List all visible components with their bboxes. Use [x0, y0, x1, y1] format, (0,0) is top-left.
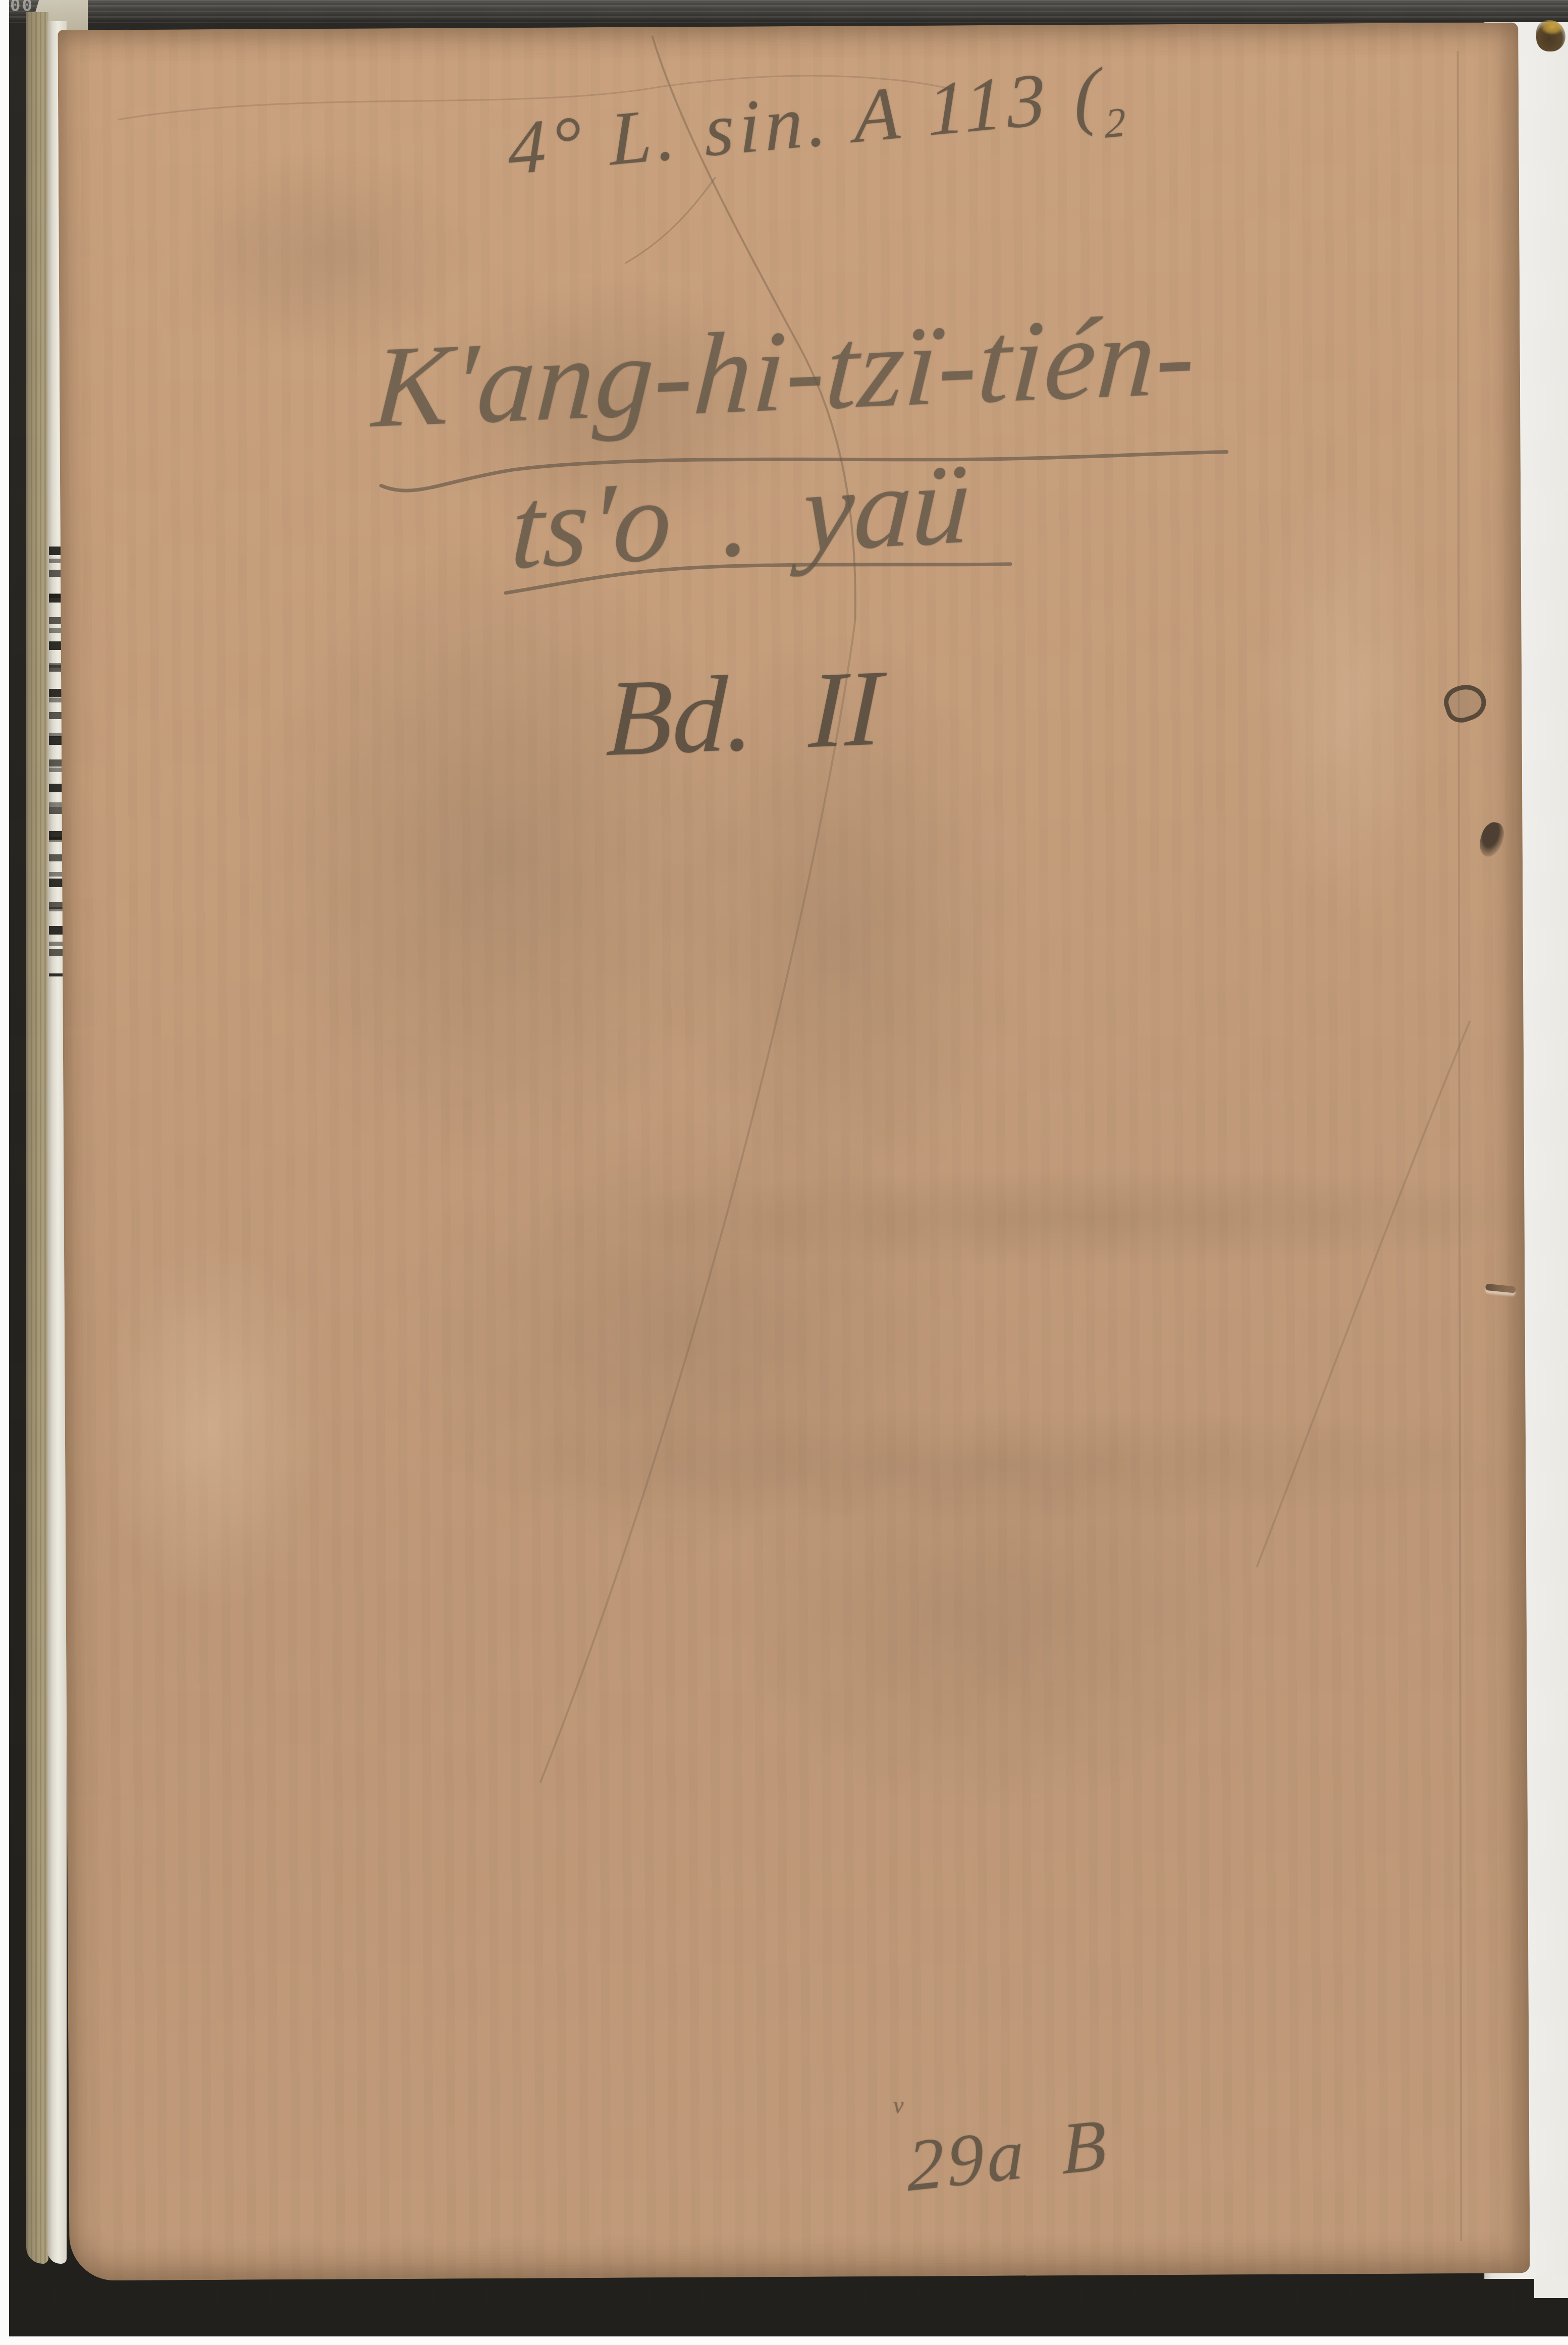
corner-stain: [1536, 20, 1565, 51]
top-edge-bar: [9, 0, 1568, 23]
volume-label: Bd. II: [605, 653, 883, 773]
title-line-2: ts'o . yaü: [509, 444, 973, 587]
title-line-1: K'ang-hi-tzï-tién-: [370, 296, 1200, 446]
scan-counter-text: 00: [10, 0, 34, 16]
page-stack-edge-strip: [26, 12, 48, 2264]
crease-long-lower: [534, 620, 861, 1782]
book-cover: 4° L. sin. A 113 (2 K'ang-hi-tzï-tién- t…: [58, 22, 1530, 2280]
shelfmark-subscript: 2: [1104, 98, 1131, 147]
book-cover-scan: 00 4° L. sin. A 113 (2 K'ang-hi-tzï-tién…: [0, 0, 1568, 2345]
page-edge-notch: [1534, 2277, 1568, 2298]
crease-branch: [625, 177, 716, 263]
crease-right-diagonal: [1254, 1021, 1473, 1567]
stray-pencil-mark: v: [893, 2094, 904, 2117]
crease-right-vertical-fold: [1450, 51, 1470, 2241]
